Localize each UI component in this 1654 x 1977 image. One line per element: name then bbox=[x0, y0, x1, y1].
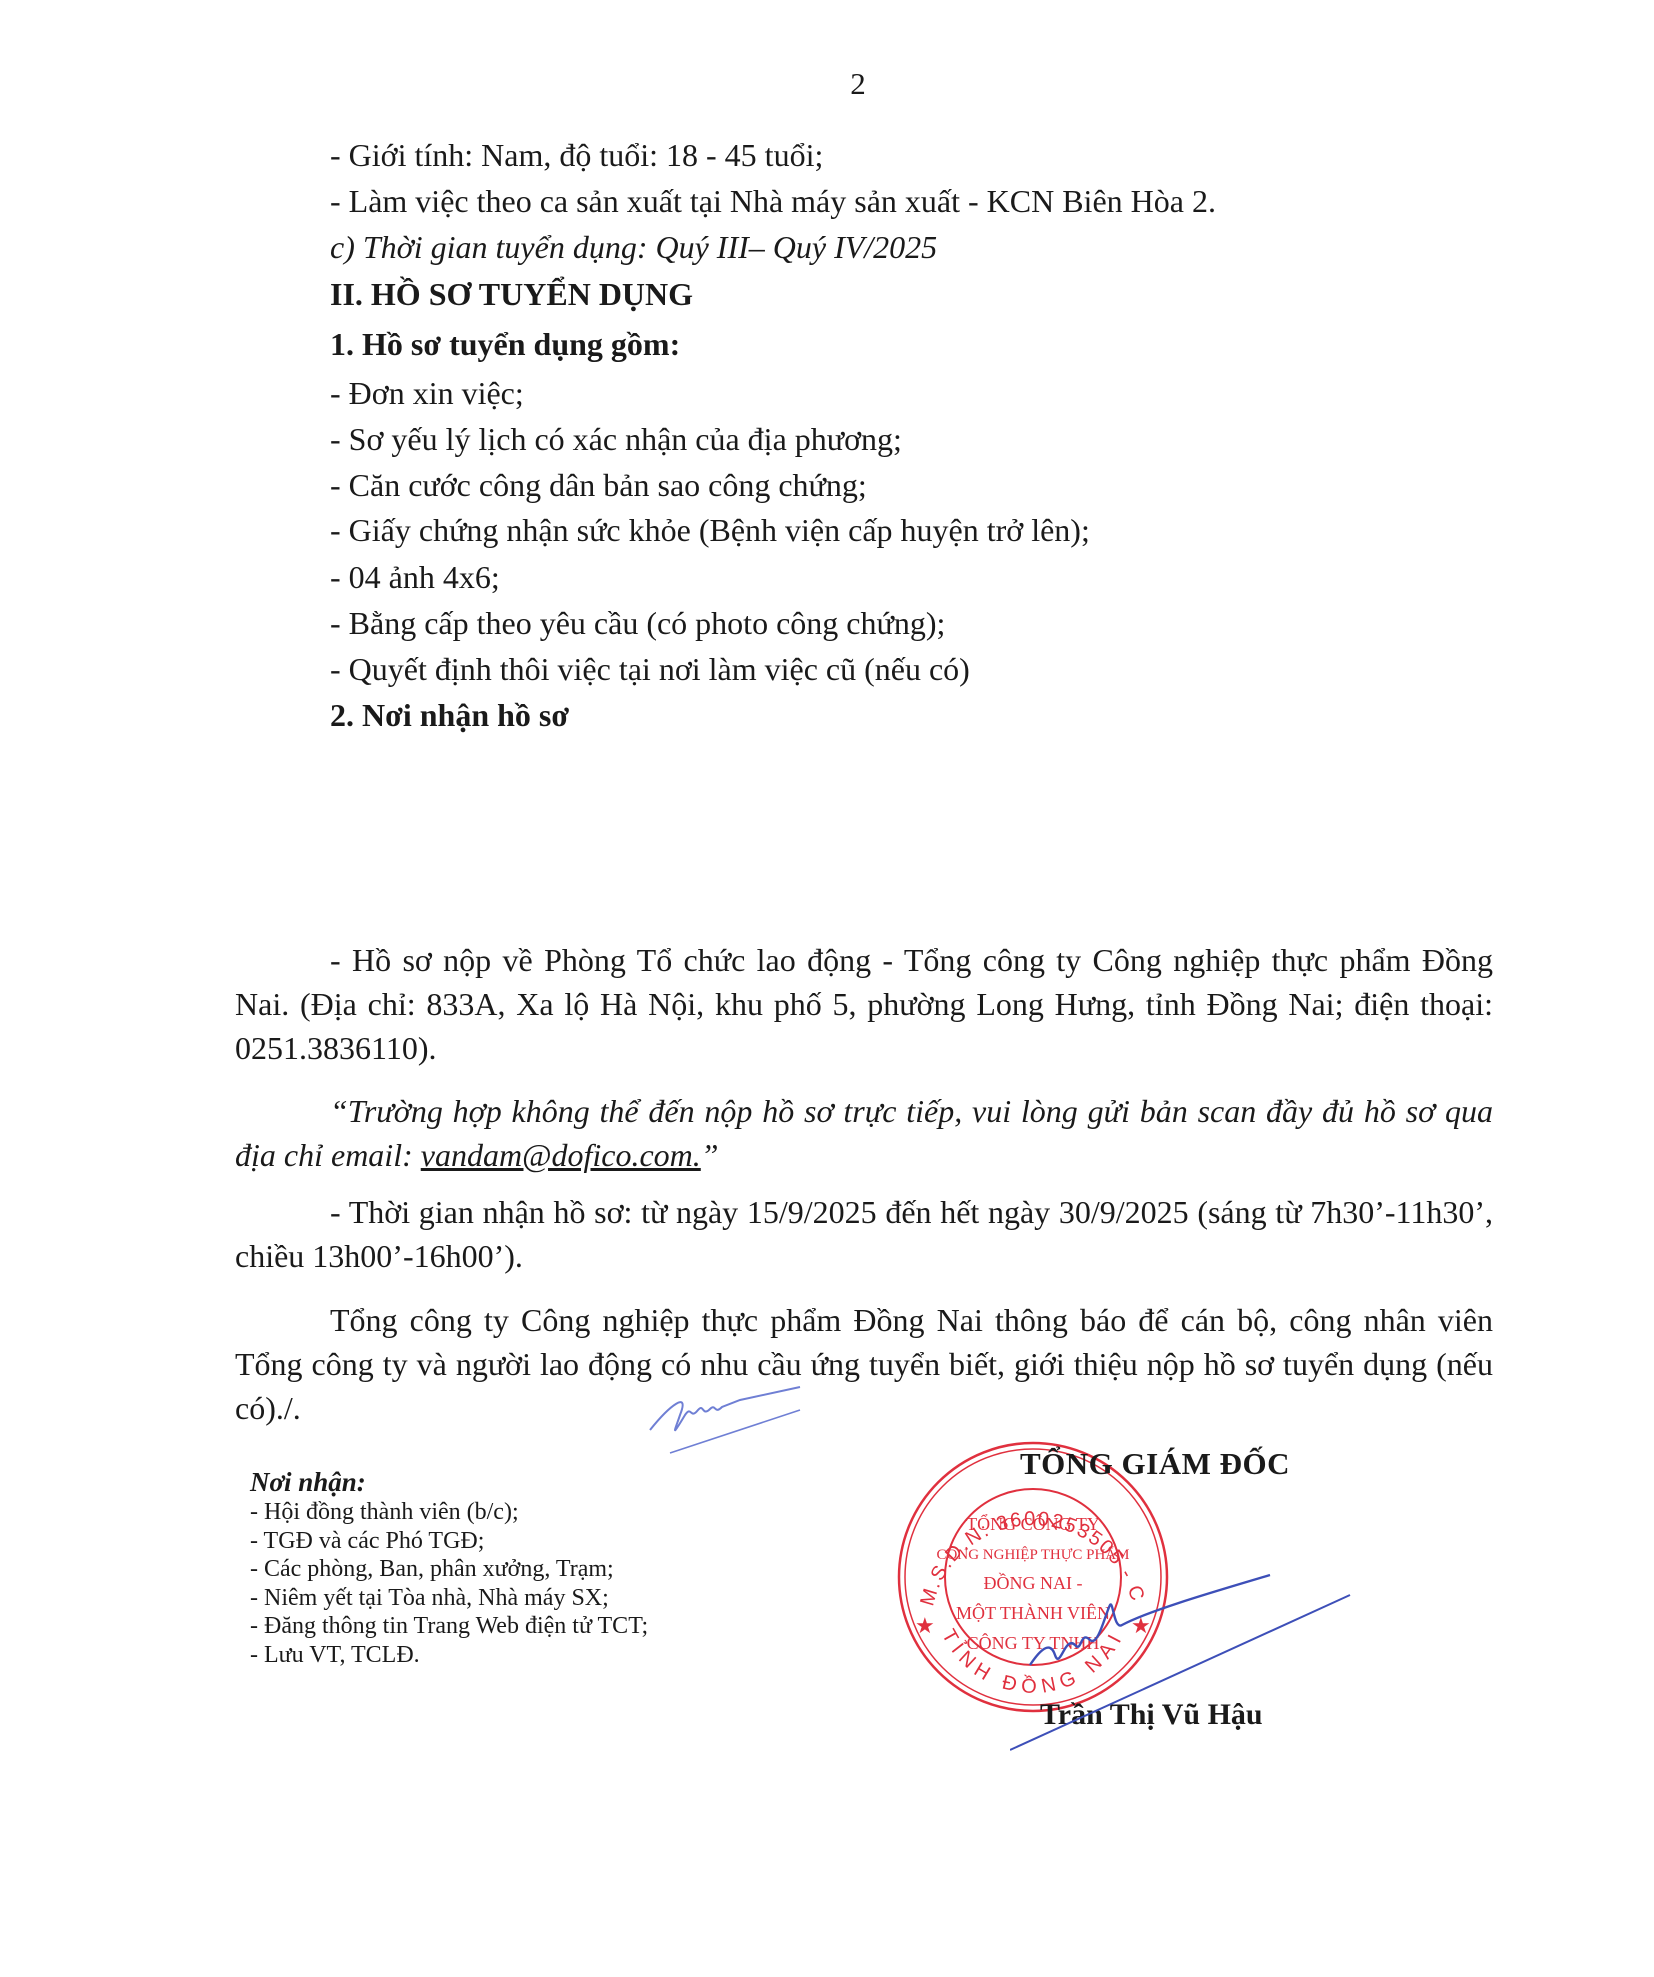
page-number: 2 bbox=[0, 66, 1654, 102]
dossier-item: - 04 ảnh 4x6; bbox=[330, 555, 500, 599]
stamp-line: ĐỒNG NAI - bbox=[984, 1572, 1083, 1593]
submission-heading: 2. Nơi nhận hồ sơ bbox=[330, 693, 569, 737]
recipient-item: - TGĐ và các Phó TGĐ; bbox=[250, 1527, 648, 1556]
section-heading-dossier: II. HỒ SƠ TUYỂN DỤNG bbox=[330, 272, 693, 316]
signer-name: Trần Thị Vũ Hậu bbox=[1040, 1698, 1263, 1732]
recipients-block: Nơi nhận: - Hội đồng thành viên (b/c); -… bbox=[250, 1466, 648, 1669]
signer-title: TỔNG GIÁM ĐỐC bbox=[1020, 1446, 1290, 1482]
recruitment-time: c) Thời gian tuyển dụng: Quý III– Quý IV… bbox=[330, 225, 937, 269]
requirement-work-location: - Làm việc theo ca sản xuất tại Nhà máy … bbox=[330, 179, 1216, 223]
dossier-item: - Sơ yếu lý lịch có xác nhận của địa phư… bbox=[330, 417, 902, 461]
dossier-heading: 1. Hồ sơ tuyển dụng gồm: bbox=[330, 322, 680, 366]
closing-paragraph: Tổng công ty Công nghiệp thực phẩm Đồng … bbox=[235, 1298, 1493, 1430]
stamp-line: TỔNG CÔNG TY bbox=[966, 1513, 1100, 1534]
recipient-item: - Niêm yết tại Tòa nhà, Nhà máy SX; bbox=[250, 1584, 648, 1613]
recipients-title: Nơi nhận: bbox=[250, 1466, 648, 1498]
recipient-item: - Các phòng, Ban, phân xưởng, Trạm; bbox=[250, 1555, 648, 1584]
recipient-item: - Lưu VT, TCLĐ. bbox=[250, 1641, 648, 1670]
submission-address-paragraph: - Hồ sơ nộp về Phòng Tổ chức lao động - … bbox=[235, 938, 1493, 1070]
email-note-suffix: ” bbox=[701, 1137, 719, 1173]
dossier-item: - Đơn xin việc; bbox=[330, 371, 524, 415]
dossier-item: - Bằng cấp theo yêu cầu (có photo công c… bbox=[330, 601, 945, 645]
svg-text:★: ★ bbox=[915, 1613, 935, 1638]
email-note-paragraph: “Trường hợp không thể đến nộp hồ sơ trực… bbox=[235, 1089, 1493, 1177]
dossier-item: - Giấy chứng nhận sức khỏe (Bệnh viện cấ… bbox=[330, 508, 1090, 552]
stamp-line: MỘT THÀNH VIÊN bbox=[956, 1602, 1110, 1623]
svg-text:★: ★ bbox=[1131, 1613, 1151, 1638]
dossier-item: - Căn cước công dân bản sao công chứng; bbox=[330, 463, 867, 507]
stamp-line: CÔNG NGHIỆP THỰC PHẨM bbox=[937, 1545, 1130, 1563]
recipient-item: - Đăng thông tin Trang Web điện tử TCT; bbox=[250, 1612, 648, 1641]
dossier-item: - Quyết định thôi việc tại nơi làm việc … bbox=[330, 647, 970, 691]
email-link[interactable]: vandam@dofico.com. bbox=[421, 1137, 701, 1173]
submission-time-paragraph: - Thời gian nhận hồ sơ: từ ngày 15/9/202… bbox=[235, 1190, 1493, 1278]
requirement-gender-age: - Giới tính: Nam, độ tuổi: 18 - 45 tuổi; bbox=[330, 133, 823, 177]
stamp-line: CÔNG TY TNHH bbox=[967, 1632, 1100, 1653]
recipient-item: - Hội đồng thành viên (b/c); bbox=[250, 1498, 648, 1527]
